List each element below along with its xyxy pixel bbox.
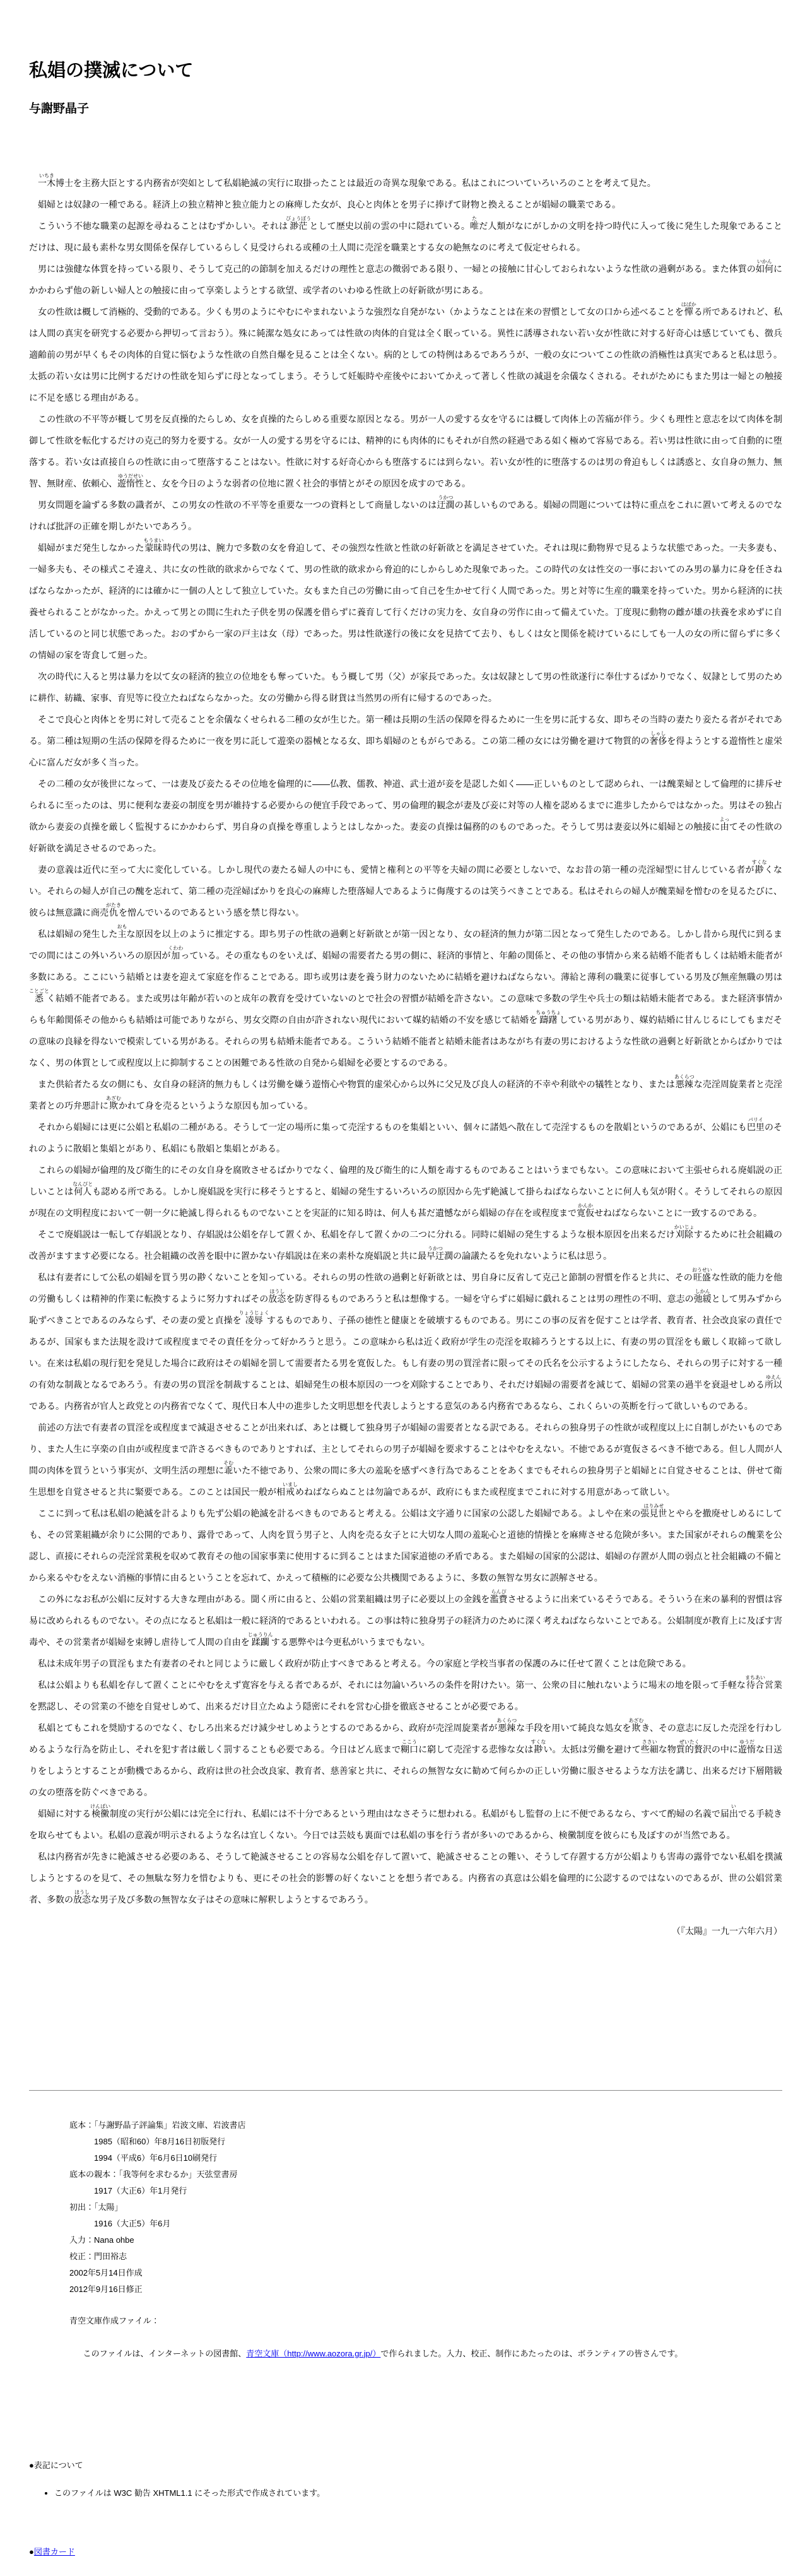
- page-title: 私娼の撲滅について: [29, 60, 782, 82]
- colophon-line: 1994（平成6）年6月6日10刷発行: [69, 2150, 782, 2166]
- file-note-prefix: このファイルは、インターネットの図書館、: [83, 2349, 247, 2358]
- colophon-line: 底本の親本：「我等何を求むるか」天弦堂書房: [69, 2166, 782, 2183]
- library-card-link[interactable]: 図書カード: [34, 2547, 75, 2556]
- colophon-line: 1916（大正5）年6月: [69, 2216, 782, 2232]
- colophon-line: 2012年9月16日修正: [69, 2281, 782, 2298]
- card-bullet: ●: [29, 2547, 34, 2556]
- colophon-line: 1985（昭和60）年8月16日初版発行: [69, 2134, 782, 2150]
- essay-body: 一木いちき博士を主務大臣とする内務省が突如として私娼絶滅の実行に取掛ったことは最…: [29, 172, 782, 1910]
- colophon-line: 校正：門田裕志: [69, 2248, 782, 2265]
- source-attribution: （『太陽』一九一六年六月）: [29, 1920, 782, 1942]
- author-name: 与謝野晶子: [29, 102, 782, 117]
- colophon-line: 2002年5月14日作成: [69, 2265, 782, 2281]
- colophon-file-note: このファイルは、インターネットの図書館、青空文庫（http://www.aozo…: [69, 2329, 782, 2378]
- page-content: 私娼の撲滅について 与謝野晶子 一木いちき博士を主務大臣とする内務省が突如として…: [0, 60, 810, 2576]
- colophon-file-label: 青空文庫作成ファイル：: [69, 2313, 782, 2329]
- colophon: 底本：「与謝野晶子評論集」岩波文庫、岩波書店 1985（昭和60）年8月16日初…: [69, 2117, 782, 2378]
- file-note-suffix: で作られました。入力、校正、制作にあたったのは、ボランティアの皆さんです。: [380, 2349, 683, 2358]
- section-divider: [29, 2090, 782, 2091]
- colophon-line: 1917（大正6）年1月発行: [69, 2183, 782, 2199]
- notation-heading: ●表記について: [29, 2459, 782, 2472]
- page-footer: ●表記について このファイルは W3C 勧告 XHTML1.1 にそった形式で作…: [29, 2459, 782, 2557]
- colophon-line: 底本：「与謝野晶子評論集」岩波文庫、岩波書店: [69, 2117, 782, 2134]
- aozora-page: { "page": { "title": "私娼の撲滅について", "autho…: [0, 60, 810, 2576]
- notation-list: このファイルは W3C 勧告 XHTML1.1 にそった形式で作成されています。: [43, 2487, 782, 2500]
- colophon-line: 初出：「太陽」: [69, 2199, 782, 2216]
- aozora-bunko-link[interactable]: 青空文庫（http://www.aozora.gr.jp/）: [246, 2349, 380, 2358]
- colophon-source-lines: 底本：「与謝野晶子評論集」岩波文庫、岩波書店 1985（昭和60）年8月16日初…: [69, 2117, 782, 2298]
- library-card-row: ●図書カード: [29, 2545, 782, 2557]
- colophon-line: 入力：Nana ohbe: [69, 2232, 782, 2248]
- notation-item: このファイルは W3C 勧告 XHTML1.1 にそった形式で作成されています。: [54, 2487, 782, 2500]
